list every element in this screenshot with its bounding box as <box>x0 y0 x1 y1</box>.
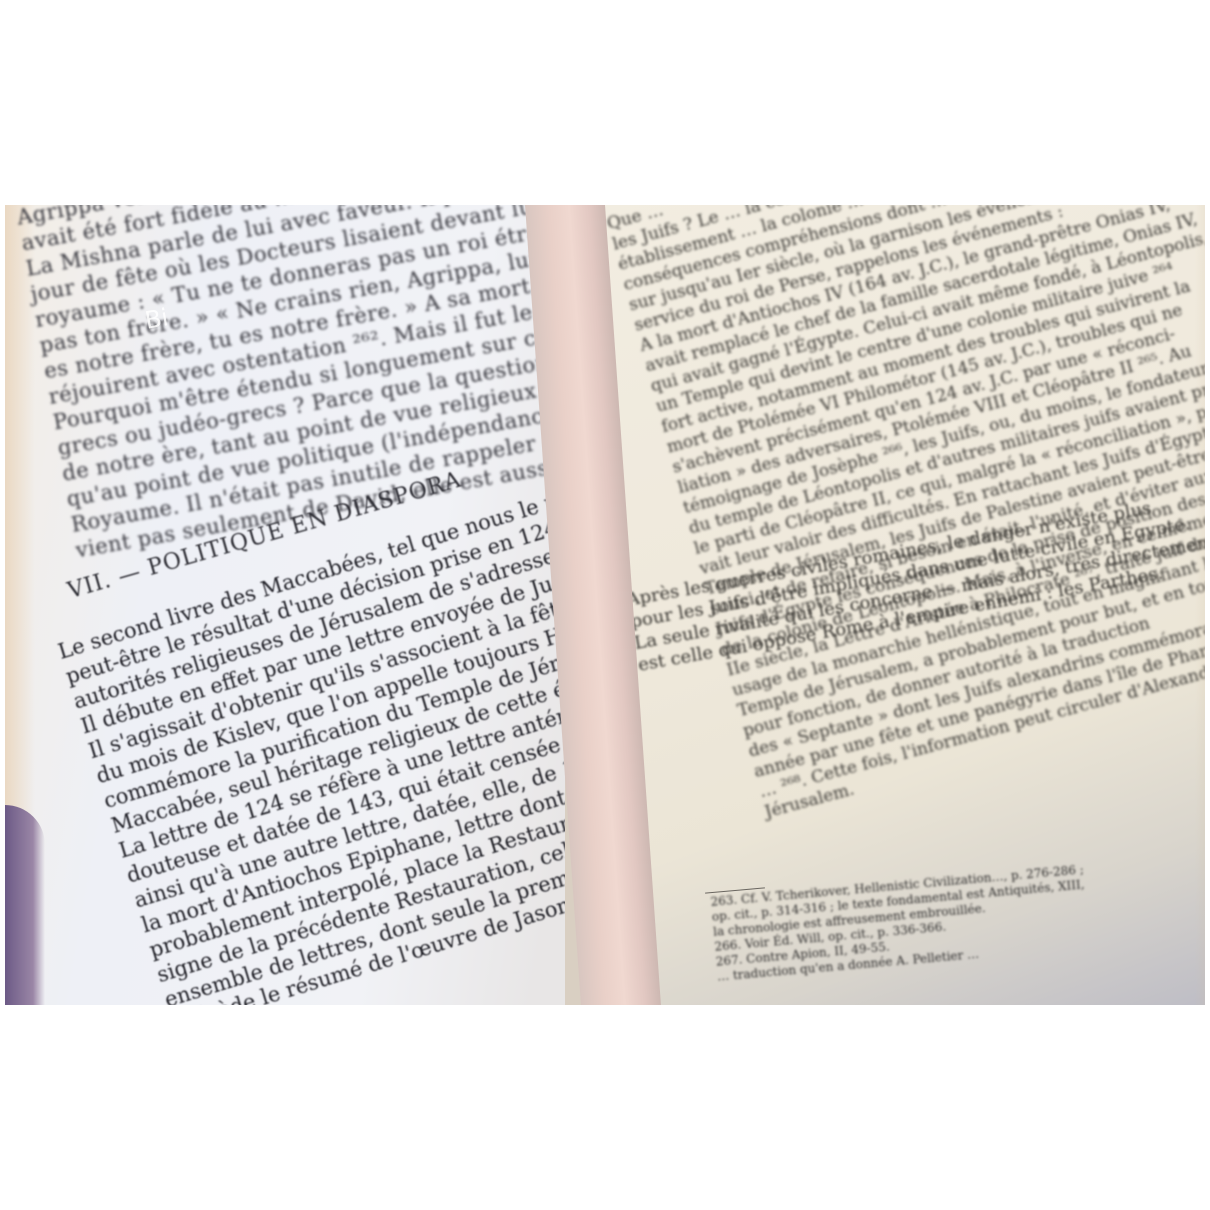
left-page: Agrippa venait d'être …avait été fort fi… <box>5 205 565 1005</box>
footnotes: 263. Cf. V. Tcherikover, Hellenistic Civ… <box>710 862 1091 984</box>
hand-shadow <box>5 805 45 1005</box>
watermark: Bi <box>143 303 171 335</box>
book-photograph: Agrippa venait d'être …avait été fort fi… <box>5 205 1205 1005</box>
right-page: Que …les Juifs ? Le … la colonie …établi… <box>595 205 1205 1005</box>
